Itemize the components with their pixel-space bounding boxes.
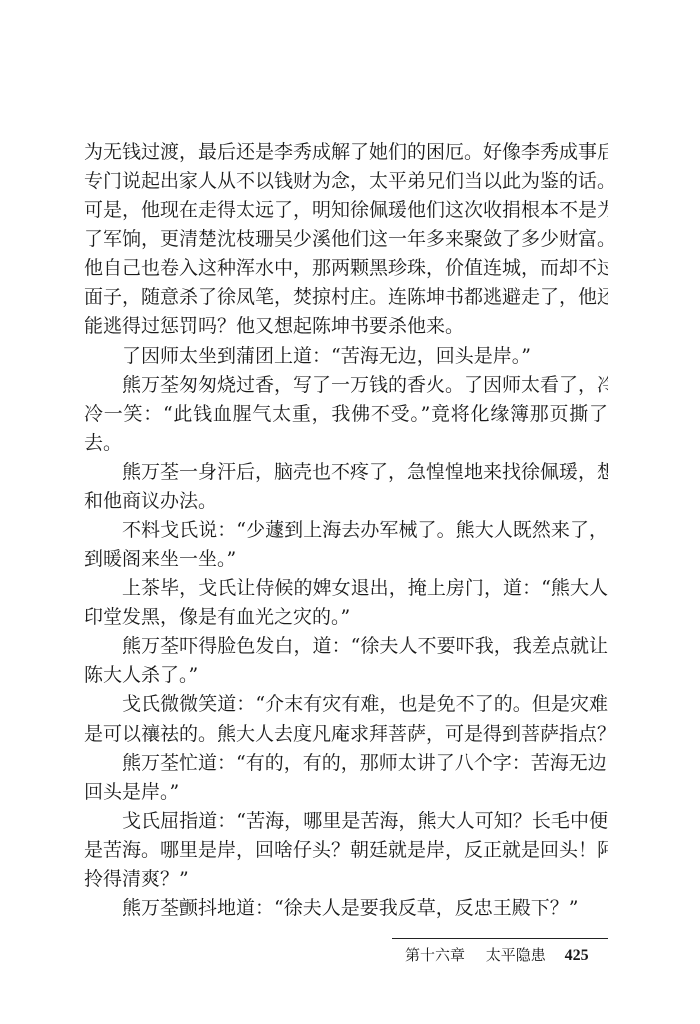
text-line: 是苦海。哪里是岸，回啥仔头？朝廷就是岸，反正就是回头！阿	[84, 836, 608, 865]
text-line: 拎得清爽？”	[84, 865, 608, 894]
text-line: 到暖阁来坐一坐。”	[84, 545, 608, 574]
text-line: 面子，随意杀了徐凤笔，焚掠村庄。连陈坤书都逃避走了，他还	[84, 283, 608, 312]
text-line: 去。	[84, 429, 608, 458]
text-line: 熊万荃吓得脸色发白，道：“徐夫人不要吓我，我差点就让	[84, 632, 608, 661]
text-line: 熊万荃一身汗后，脑壳也不疼了，急惶惶地来找徐佩瑗，想	[84, 458, 608, 487]
text-line: 熊万荃忙道：“有的，有的，那师太讲了八个字：苦海无边，	[84, 749, 608, 778]
text-line: 了因师太坐到蒲团上道：“苦海无边，回头是岸。”	[84, 342, 608, 371]
text-line: 了军饷，更清楚沈枝珊吴少溪他们这一年多来聚敛了多少财富。	[84, 225, 608, 254]
running-footer: 第十六章 太平隐患 425	[405, 944, 589, 966]
text-line: 不料戈氏说：“少蘧到上海去办军械了。熊大人既然来了，	[84, 516, 608, 545]
text-line: 和他商议办法。	[84, 487, 608, 516]
text-line: 上茶毕，戈氏让侍候的婢女退出，掩上房门，道：“熊大人	[84, 574, 608, 603]
text-line: 是可以禳祛的。熊大人去度凡庵求拜菩萨，可是得到菩萨指点？”	[84, 720, 608, 749]
footer-rule	[392, 938, 608, 939]
text-line: 熊万荃匆匆烧过香，写了一万钱的香火。了因师太看了，冷	[84, 371, 608, 400]
text-line: 陈大人杀了。”	[84, 661, 608, 690]
text-line: 印堂发黑，像是有血光之灾的。”	[84, 603, 608, 632]
text-line: 回头是岸。”	[84, 778, 608, 807]
text-line: 冷一笑：“此钱血腥气太重，我佛不受。”竟将化缘簿那页撕了	[84, 400, 608, 429]
chapter-label: 第十六章	[405, 946, 465, 964]
text-line: 为无钱过渡，最后还是李秀成解了她们的困厄。好像李秀成事后	[84, 138, 608, 167]
page-body: 为无钱过渡，最后还是李秀成解了她们的困厄。好像李秀成事后专门说起出家人从不以钱财…	[84, 138, 608, 923]
text-line: 专门说起出家人从不以钱财为念，太平弟兄们当以此为鉴的话。	[84, 167, 608, 196]
text-line: 戈氏屈指道：“苦海，哪里是苦海，熊大人可知？长毛中便	[84, 807, 608, 836]
text-line: 他自己也卷入这种浑水中，那两颗黑珍珠，价值连城，而却不过	[84, 254, 608, 283]
text-line: 能逃得过惩罚吗？他又想起陈坤书要杀他来。	[84, 312, 608, 341]
text-line: 熊万荃颤抖地道：“徐夫人是要我反草，反忠王殿下？”	[84, 894, 608, 923]
text-line: 戈氏微微笑道：“介末有灾有难，也是免不了的。但是灾难	[84, 690, 608, 719]
page-number: 425	[565, 947, 589, 964]
chapter-title: 太平隐患	[486, 946, 546, 964]
text-line: 可是，他现在走得太远了，明知徐佩瑗他们这次收捐根本不是为	[84, 196, 608, 225]
